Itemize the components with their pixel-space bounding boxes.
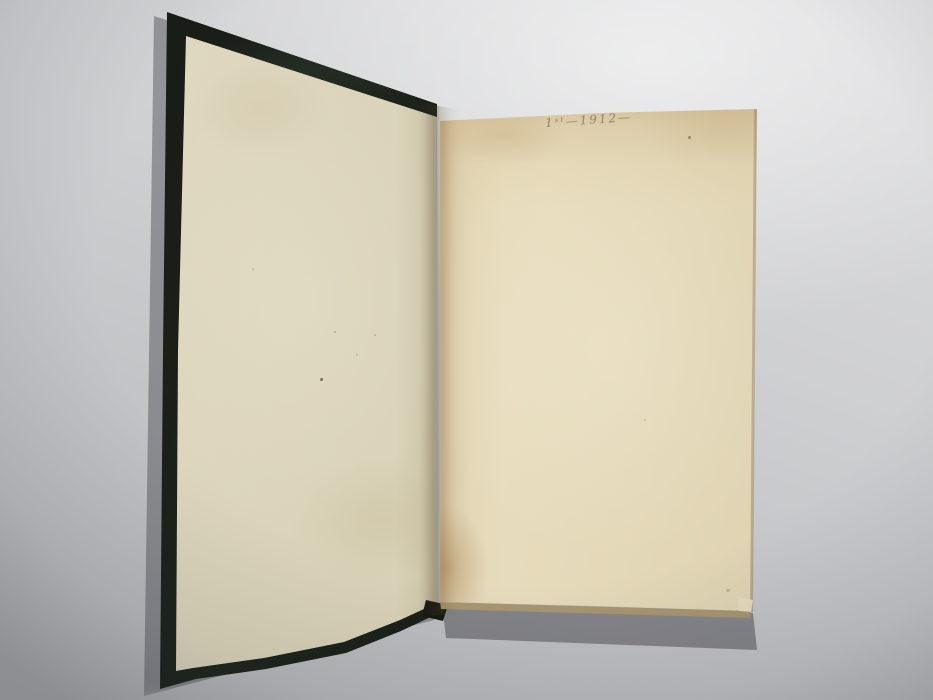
vignette-overlay bbox=[0, 0, 933, 700]
book-photograph: 1ˢᵗ—1912— bbox=[0, 0, 933, 700]
